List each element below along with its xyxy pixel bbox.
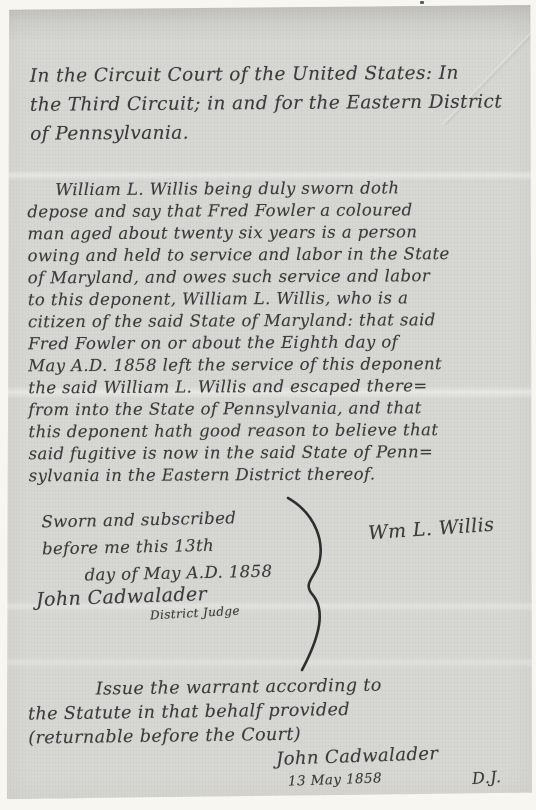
heading-line: of Pennsylvania. — [30, 116, 520, 148]
affidavit-line: William L. Willis being duly sworn doth — [27, 177, 527, 202]
edge-speck — [420, 1, 424, 4]
affidavit-line: the said William L. Willis and escaped t… — [28, 375, 528, 400]
affidavit-line: this deponent hath good reason to believ… — [28, 419, 528, 444]
attestation-block: Sworn and subscribed before me this 13th… — [41, 504, 272, 590]
heading-line: the Third Circuit; in and for the Easter… — [30, 87, 520, 119]
scan-background: In the Circuit Court of the United State… — [0, 0, 536, 810]
affidavit-paragraph: William L. Willis being duly sworn doth … — [27, 177, 529, 488]
affidavit-line: to this deponent, William L. Willis, who… — [28, 287, 528, 312]
order-date: 13 May 1858 — [288, 770, 383, 789]
affidavit-line: of Maryland, and owes such service and l… — [28, 265, 528, 290]
heading-line: In the Circuit Court of the United State… — [30, 58, 520, 90]
affidavit-line: said fugitive is now in the said State o… — [29, 441, 529, 466]
affidavit-line: man aged about twenty six years is a per… — [27, 221, 527, 246]
affidavit-line: depose and say that Fred Fowler a colour… — [27, 199, 527, 224]
judge-initials: D.J. — [471, 767, 501, 788]
affidavit-line: from into the State of Pennsylvania, and… — [28, 397, 528, 422]
affidavit-line: owing and held to service and labor in t… — [28, 243, 528, 268]
court-heading: In the Circuit Court of the United State… — [30, 58, 521, 148]
affidavit-line: sylvania in the Eastern District thereof… — [29, 463, 529, 488]
affidavit-line: citizen of the said State of Maryland: t… — [28, 309, 528, 334]
order-block: Issue the warrant according to the Statu… — [28, 672, 529, 751]
affidavit-line: Fred Fowler on or about the Eighth day o… — [28, 331, 528, 356]
affidavit-line: May A.D. 1858 left the service of this d… — [28, 353, 528, 378]
